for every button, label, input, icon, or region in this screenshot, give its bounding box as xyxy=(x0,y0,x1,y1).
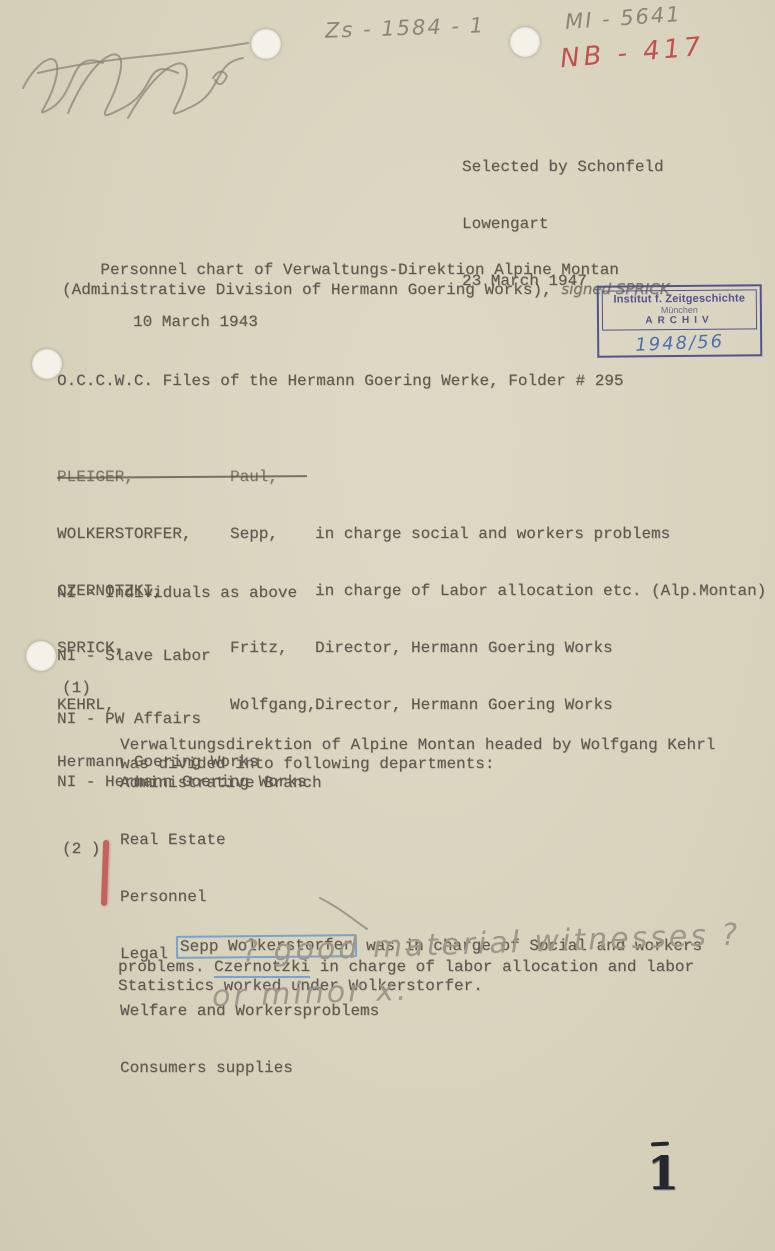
selected-by-line2: Lowengart xyxy=(462,215,664,234)
ref-number-red: NB - 417 xyxy=(559,32,706,75)
punch-hole-left-lower xyxy=(26,641,56,671)
red-pencil-margin-mark xyxy=(101,840,109,906)
selected-by-line1: Selected by Schonfeld xyxy=(462,158,664,177)
department-item: Administrative Branch xyxy=(120,774,379,793)
doc-number-annotation: Zs - 1584 - 1 xyxy=(325,13,486,43)
scanned-document-page: Zs - 1584 - 1 MI - 5641 NB - 417 Selecte… xyxy=(0,0,775,1251)
punch-hole-top-right xyxy=(510,27,540,57)
paragraph-2-number: (2 ) xyxy=(62,840,100,859)
person-role xyxy=(315,468,767,487)
page-number: 1 xyxy=(647,1150,679,1196)
archive-stamp: Institut f. Zeitgeschichte München ARCHI… xyxy=(597,284,763,357)
ref-number-pencil: MI - 5641 xyxy=(564,2,682,34)
title-text: Personnel chart of Verwaltungs-Direktion… xyxy=(62,261,629,299)
ni-item: NI - Slave Labor xyxy=(57,646,307,667)
margin-note-line2: or minor x. xyxy=(211,973,409,1015)
person-role: in charge of Labor allocation etc. (Alp.… xyxy=(315,582,767,601)
stamp-accession-number: 1948/56 xyxy=(599,329,761,357)
pencil-stroke xyxy=(315,893,375,933)
stamp-city: München xyxy=(603,304,756,315)
archive-stamp-inner: Institut f. Zeitgeschichte München ARCHI… xyxy=(602,289,757,330)
paragraph-1-number: (1) xyxy=(62,679,91,698)
ni-item: NI - Individuals as above xyxy=(57,583,307,604)
department-item: Consumers supplies xyxy=(120,1059,379,1078)
person-role: Director, Hermann Goering Works xyxy=(315,639,767,658)
stray-pencil-mark: ; xyxy=(60,638,64,653)
person-row-pleiger: PLEIGER, Paul, xyxy=(57,468,767,487)
stamp-archive-label: ARCHIV xyxy=(603,314,756,326)
document-date: 10 March 1943 xyxy=(133,313,258,332)
pencil-scrawl xyxy=(8,18,263,133)
person-role: in charge social and workers problems xyxy=(315,525,767,544)
source-line: O.C.C.W.C. Files of the Hermann Goering … xyxy=(57,372,624,391)
